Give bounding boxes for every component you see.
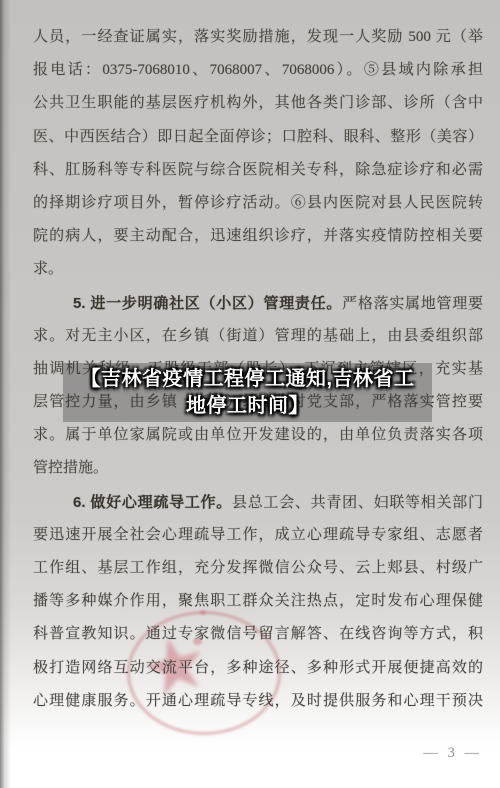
doc-line: 心理健康服务。开通心理疏导专线，及时提供服务和心理干预决 [33,685,483,718]
doc-line: 求。属于单位家属院或由单位开发建设的，由单位负责落实各项 [33,419,483,452]
doc-body-text: 的择期诊疗项目外，暂停诊疗活动。⑥县内医院对县人民医院转 [33,195,483,211]
title-overlay-band: 【吉林省疫情工程停工通知,吉林省工 地停工时间】 [63,363,432,422]
doc-line: 求。对无主小区，在乡镇（街道）管理的基础上，由县委组织部 [33,320,483,353]
overlay-title-line1: 【吉林省疫情工程停工通知,吉林省工 [63,366,432,393]
doc-line: 院的病人，要主动配合，迅速组织诊疗，并落实疫情防控相关要 [33,220,483,253]
doc-line: 6. 做好心理疏导工作。县总工会、共青团、妇联等相关部门 [33,486,483,519]
doc-line: 5. 进一步明确社区（小区）管理责任。严格落实属地管理要 [33,287,483,320]
doc-body-text: 管控措施。 [33,460,108,476]
doc-body-text: 工作组、基层工作组，充分发挥微信公众号、云上郏县、村级广 [33,560,483,576]
doc-line: 科普宣教知识。通过专家微信号留言解答、在线咨询等方式，积 [33,618,483,651]
doc-heading-text: 5. 进一步明确社区（小区）管理责任。 [73,295,342,312]
doc-body-text: 严格落实属地管理要 [342,296,483,312]
doc-body-text: 极打造网络互动交流平台，多种途径、多种形式开展便捷高效的 [33,660,483,676]
doc-body-text: 求。 [33,261,63,277]
doc-line: 人员，一经查证属实，落实奖励措施，发现一人奖励 500 元（举 [33,21,483,54]
doc-line: 管控措施。 [33,452,483,485]
scan-edge-shadow [0,0,11,788]
doc-body-text: 县总工会、共青团、妇联等相关部门 [232,495,483,511]
doc-body-text: 人员，一经查证属实，落实奖励措施，发现一人奖励 500 元（举 [33,29,483,45]
doc-line: 的择期诊疗项目外，暂停诊疗活动。⑥县内医院对县人民医院转 [33,187,483,220]
doc-body-text: 公共卫生职能的基层医疗机构外，其他各类门诊部、诊所（含中 [33,95,483,111]
doc-body-text: 报电话：0375-7068010、7068007、7068006）。⑤县域内除承… [33,62,483,78]
doc-body-text: 院的病人，要主动配合，迅速组织诊疗，并落实疫情防控相关要 [33,228,483,244]
doc-body-text: 科、肛肠科等专科医院与综合医院相关专科，除急症诊疗和必需 [33,162,483,178]
doc-line: 报电话：0375-7068010、7068007、7068006）。⑤县域内除承… [33,54,483,87]
doc-body-text: 科普宣教知识。通过专家微信号留言解答、在线咨询等方式，积 [33,626,483,642]
page-number: — 3 — [424,745,483,762]
doc-body-text: 播等多种媒介作用，聚焦职工群众关注热点，定时发布心理保健 [33,593,483,609]
doc-line: 要迅速开展全社会心理疏导工作，成立心理疏导专家组、志愿者 [33,519,483,552]
doc-body-text: 医、中西医结合）即日起全面停诊；口腔科、眼科、整形（美容） [33,129,483,145]
doc-line: 极打造网络互动交流平台，多种途径、多种形式开展便捷高效的 [33,652,483,685]
doc-body-text: 要迅速开展全社会心理疏导工作，成立心理疏导专家组、志愿者 [33,527,483,543]
doc-line: 科、肛肠科等专科医院与综合医院相关专科，除急症诊疗和必需 [33,154,483,187]
overlay-title-line2: 地停工时间】 [63,393,432,420]
doc-line: 求。 [33,253,483,286]
doc-body-text: 心理健康服务。开通心理疏导专线，及时提供服务和心理干预决 [33,693,483,709]
doc-line: 公共卫生职能的基层医疗机构外，其他各类门诊部、诊所（含中 [33,87,483,120]
doc-body-text: 求。属于单位家属院或由单位开发建设的，由单位负责落实各项 [33,427,483,443]
doc-line: 播等多种媒介作用，聚焦职工群众关注热点，定时发布心理保健 [33,585,483,618]
doc-body-text: 求。对无主小区，在乡镇（街道）管理的基础上，由县委组织部 [33,328,483,344]
doc-heading-text: 6. 做好心理疏导工作。 [73,494,232,511]
doc-line: 工作组、基层工作组，充分发挥微信公众号、云上郏县、村级广 [33,552,483,585]
scanned-document-page: ★ 人员，一经查证属实，落实奖励措施，发现一人奖励 500 元（举报电话：037… [0,0,500,788]
doc-line: 医、中西医结合）即日起全面停诊；口腔科、眼科、整形（美容） [33,121,483,154]
